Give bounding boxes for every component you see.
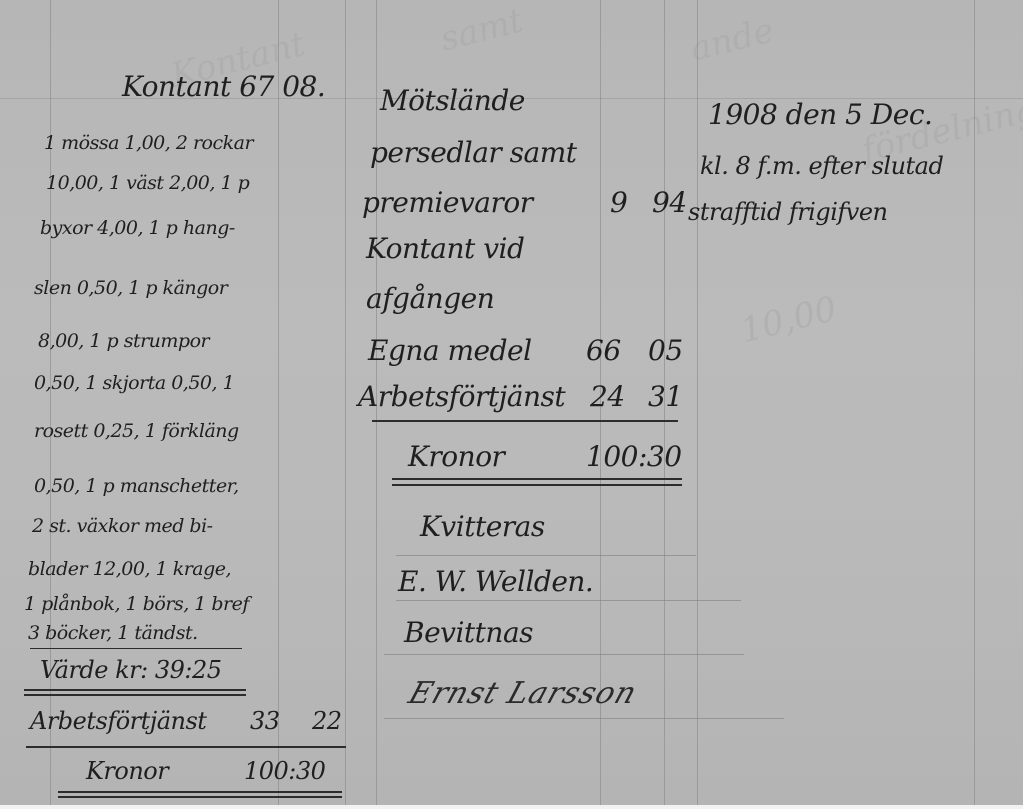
item-line: byxor 4,00, 1 p hang- bbox=[40, 217, 235, 239]
underline bbox=[372, 420, 678, 422]
receipt-label: Kvitteras bbox=[420, 510, 545, 543]
item-line: 0,50, 1 p manschetter, bbox=[34, 475, 239, 497]
middle-line: Mötslände bbox=[380, 84, 525, 117]
right-line: 1908 den 5 Dec. bbox=[708, 98, 932, 131]
column-rule bbox=[345, 0, 346, 805]
left-earnings-kr: 33 bbox=[250, 707, 280, 735]
witness-signature: Ernst Larsson bbox=[404, 676, 641, 711]
image-border bbox=[0, 805, 1023, 809]
double-underline bbox=[392, 478, 682, 480]
middle-earnings-ore: 31 bbox=[648, 380, 683, 413]
underline bbox=[30, 648, 242, 649]
column-rule bbox=[50, 0, 51, 805]
double-underline bbox=[58, 796, 342, 798]
ledger-page: Kontant ande fördelning 10,00 samt Konta… bbox=[0, 0, 1023, 805]
item-line: 1 mössa 1,00, 2 rockar bbox=[44, 132, 253, 154]
witness-label: Bevittnas bbox=[404, 616, 533, 649]
row-rule bbox=[384, 718, 784, 719]
double-underline bbox=[392, 484, 682, 486]
left-total-label: Kronor bbox=[86, 757, 168, 785]
item-line: 2 st. växkor med bi- bbox=[32, 515, 213, 537]
item-line: 0,50, 1 skjorta 0,50, 1 bbox=[34, 372, 234, 394]
double-underline bbox=[58, 791, 342, 793]
row-rule bbox=[384, 654, 744, 655]
left-value-line: Värde kr: 39:25 bbox=[40, 656, 222, 684]
own-funds-kr: 66 bbox=[586, 334, 621, 367]
bleed-through-text: ande bbox=[686, 10, 777, 69]
item-line: 3 böcker, 1 tändst. bbox=[28, 622, 198, 644]
premium-ore: 94 bbox=[652, 186, 687, 219]
middle-line: premievaror bbox=[362, 186, 533, 219]
premium-kr: 9 bbox=[610, 186, 627, 219]
item-line: 10,00, 1 väst 2,00, 1 p bbox=[46, 172, 249, 194]
double-underline bbox=[24, 694, 246, 696]
bleed-through-text: samt bbox=[436, 0, 527, 59]
row-rule bbox=[396, 600, 741, 601]
left-total-amount: 100:30 bbox=[244, 757, 325, 785]
cash-line: Kontant vid bbox=[366, 232, 524, 265]
middle-earnings-label: Arbetsförtjänst bbox=[358, 380, 565, 413]
double-underline bbox=[24, 689, 246, 691]
middle-line: persedlar samt bbox=[370, 136, 577, 169]
left-heading: Kontant 67 08. bbox=[122, 70, 325, 103]
column-rule bbox=[974, 0, 975, 805]
right-line: kl. 8 f.m. efter slutad bbox=[700, 152, 943, 180]
right-line: strafftid frigifven bbox=[688, 198, 888, 226]
own-funds-label: Egna medel bbox=[368, 334, 532, 367]
middle-total-label: Kronor bbox=[408, 440, 504, 473]
item-line: slen 0,50, 1 p kängor bbox=[34, 277, 227, 299]
middle-total-amount: 100:30 bbox=[586, 440, 682, 473]
bleed-through-text: 10,00 bbox=[737, 289, 841, 351]
middle-earnings-kr: 24 bbox=[590, 380, 625, 413]
cash-line: afgången bbox=[366, 282, 494, 315]
row-rule bbox=[396, 555, 696, 556]
left-earnings-ore: 22 bbox=[312, 707, 342, 735]
item-line: 1 plånbok, 1 börs, 1 bref bbox=[24, 593, 249, 615]
column-rule bbox=[697, 0, 698, 805]
item-line: blader 12,00, 1 krage, bbox=[28, 558, 231, 580]
own-funds-ore: 05 bbox=[648, 334, 683, 367]
item-line: 8,00, 1 p strumpor bbox=[38, 330, 209, 352]
underline bbox=[26, 746, 346, 748]
left-earnings-label: Arbetsförtjänst bbox=[30, 707, 206, 735]
item-line: rosett 0,25, 1 förkläng bbox=[34, 420, 239, 442]
receipt-signature: E. W. Wellden. bbox=[398, 565, 593, 598]
column-rule bbox=[278, 0, 279, 805]
